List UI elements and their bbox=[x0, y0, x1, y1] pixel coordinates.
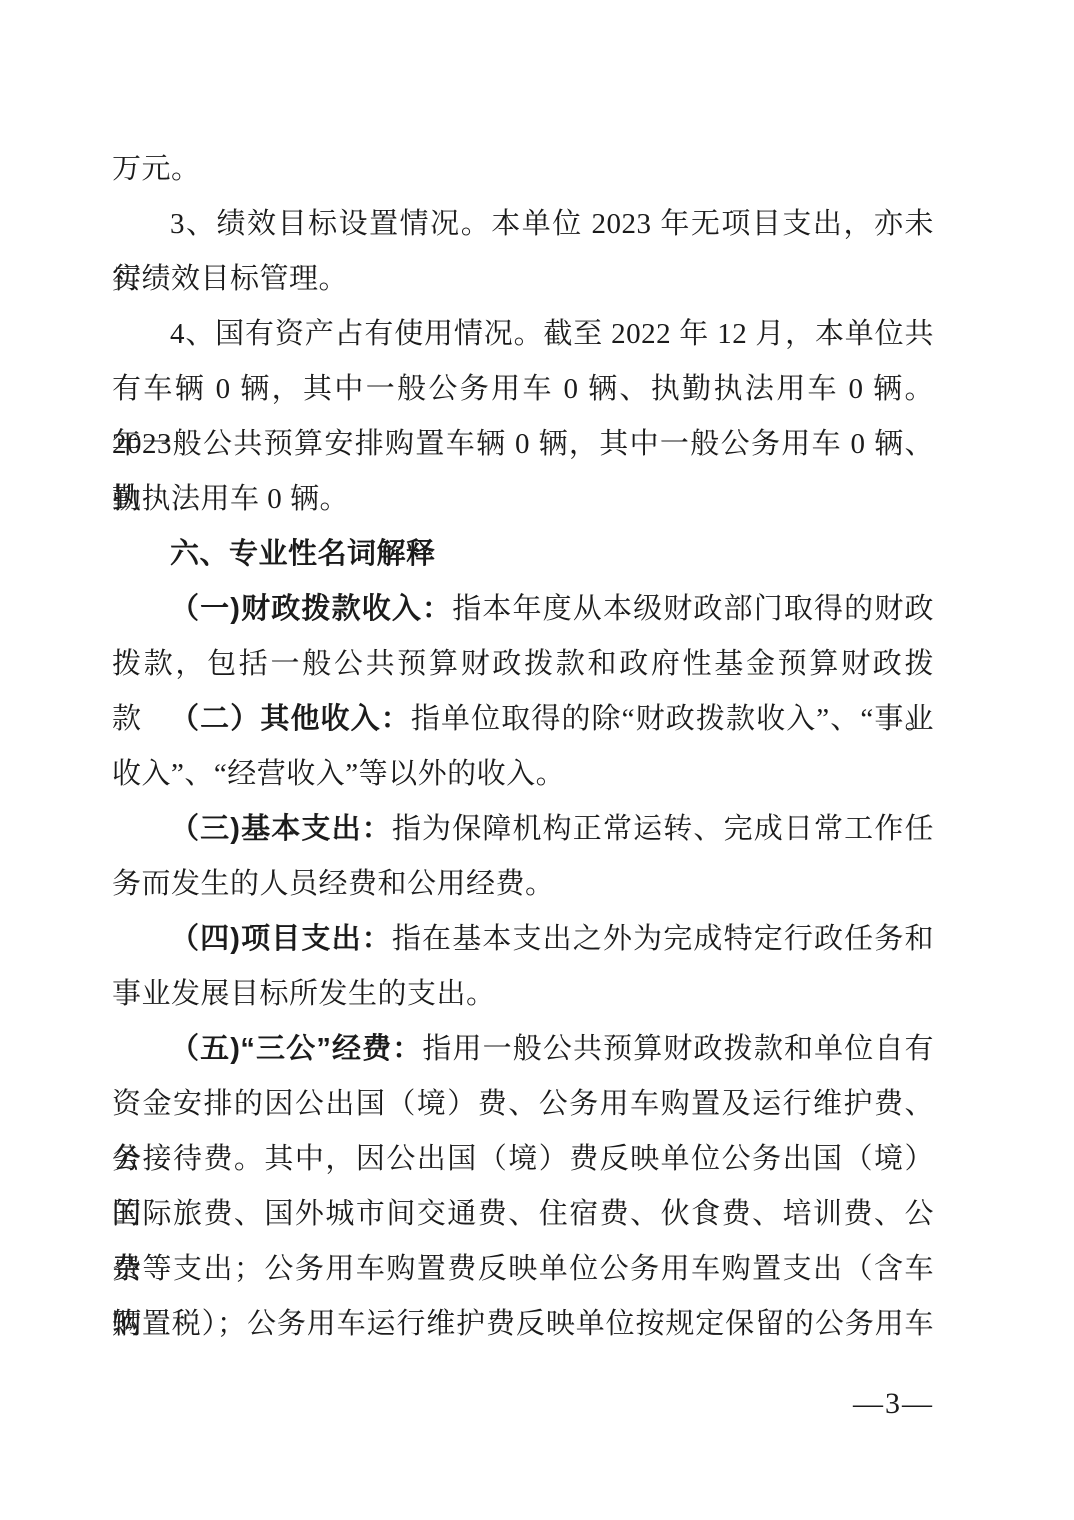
text-line: 购置税）；公务用车运行维护费反映单位按规定保留的公务用车 bbox=[112, 1297, 934, 1352]
line-text: 指单位取得的除“财政拨款收入”、“事业 bbox=[411, 703, 934, 735]
line-text: 购置税）；公务用车运行维护费反映单位按规定保留的公务用车 bbox=[112, 1308, 934, 1340]
text-line: （二）其他收入：指单位取得的除“财政拨款收入”、“事业 bbox=[112, 692, 934, 747]
text-line: 收入”、“经营收入”等以外的收入。 bbox=[112, 747, 934, 802]
line-text: 指在基本支出之外为完成特定行政任务和 bbox=[392, 923, 934, 955]
line-text: 指本年度从本级财政部门取得的财政 bbox=[452, 593, 934, 625]
document-page: 万元。 3、绩效目标设置情况。本单位 2023 年无项目支出，亦未实 行绩效目标… bbox=[112, 142, 934, 1352]
term-label: （一)财政拨款收入： bbox=[170, 593, 452, 625]
term-label: （四)项目支出： bbox=[170, 923, 392, 955]
line-text: 指为保障机构正常运转、完成日常工作任 bbox=[392, 813, 934, 845]
line-text: 万元。 bbox=[112, 153, 201, 185]
text-line: 国际旅费、国外城市间交通费、住宿费、伙食费、培训费、公杂 bbox=[112, 1187, 934, 1242]
line-text: 事业发展目标所发生的支出。 bbox=[112, 978, 496, 1010]
line-text: 行绩效目标管理。 bbox=[112, 263, 348, 295]
text-line: 有车辆 0 辆，其中一般公务用车 0 辆、执勤执法用车 0 辆。2023 bbox=[112, 362, 934, 417]
text-line: （一)财政拨款收入：指本年度从本级财政部门取得的财政 bbox=[112, 582, 934, 637]
term-label: （二）其他收入： bbox=[170, 703, 411, 735]
text-line: 勤执法用车 0 辆。 bbox=[112, 472, 934, 527]
line-text: 收入”、“经营收入”等以外的收入。 bbox=[112, 758, 565, 790]
text-line: 费等支出；公务用车购置费反映单位公务用车购置支出（含车辆 bbox=[112, 1242, 934, 1297]
text-line: 万元。 bbox=[112, 142, 934, 197]
text-line: 事业发展目标所发生的支出。 bbox=[112, 967, 934, 1022]
line-text: 勤执法用车 0 辆。 bbox=[112, 483, 349, 515]
text-line: 务而发生的人员经费和公用经费。 bbox=[112, 857, 934, 912]
page-number: —3— bbox=[853, 1384, 934, 1424]
text-line: （四)项目支出：指在基本支出之外为完成特定行政任务和 bbox=[112, 912, 934, 967]
text-line: 资金安排的因公出国（境）费、公务用车购置及运行维护费、公 bbox=[112, 1077, 934, 1132]
section-heading: 六、专业性名词解释 bbox=[112, 527, 934, 582]
heading-text: 六、专业性名词解释 bbox=[170, 538, 436, 570]
text-line: 拨款，包括一般公共预算财政拨款和政府性基金预算财政拨款。 bbox=[112, 637, 934, 692]
text-line: （五)“三公”经费：指用一般公共预算财政拨款和单位自有 bbox=[112, 1022, 934, 1077]
text-line: （三)基本支出：指为保障机构正常运转、完成日常工作任 bbox=[112, 802, 934, 857]
text-line: 年一般公共预算安排购置车辆 0 辆，其中一般公务用车 0 辆、执 bbox=[112, 417, 934, 472]
term-label: （三)基本支出： bbox=[170, 813, 392, 845]
text-line: 3、绩效目标设置情况。本单位 2023 年无项目支出，亦未实 bbox=[112, 197, 934, 252]
text-line: 务接待费。其中，因公出国（境）费反映单位公务出国（境）的 bbox=[112, 1132, 934, 1187]
text-line: 行绩效目标管理。 bbox=[112, 252, 934, 307]
line-text: 务而发生的人员经费和公用经费。 bbox=[112, 868, 555, 900]
term-label: （五)“三公”经费： bbox=[170, 1033, 422, 1065]
line-text: 4、国有资产占有使用情况。截至 2022 年 12 月，本单位共 bbox=[170, 318, 934, 350]
line-text: 指用一般公共预算财政拨款和单位自有 bbox=[422, 1033, 934, 1065]
text-line: 4、国有资产占有使用情况。截至 2022 年 12 月，本单位共 bbox=[112, 307, 934, 362]
